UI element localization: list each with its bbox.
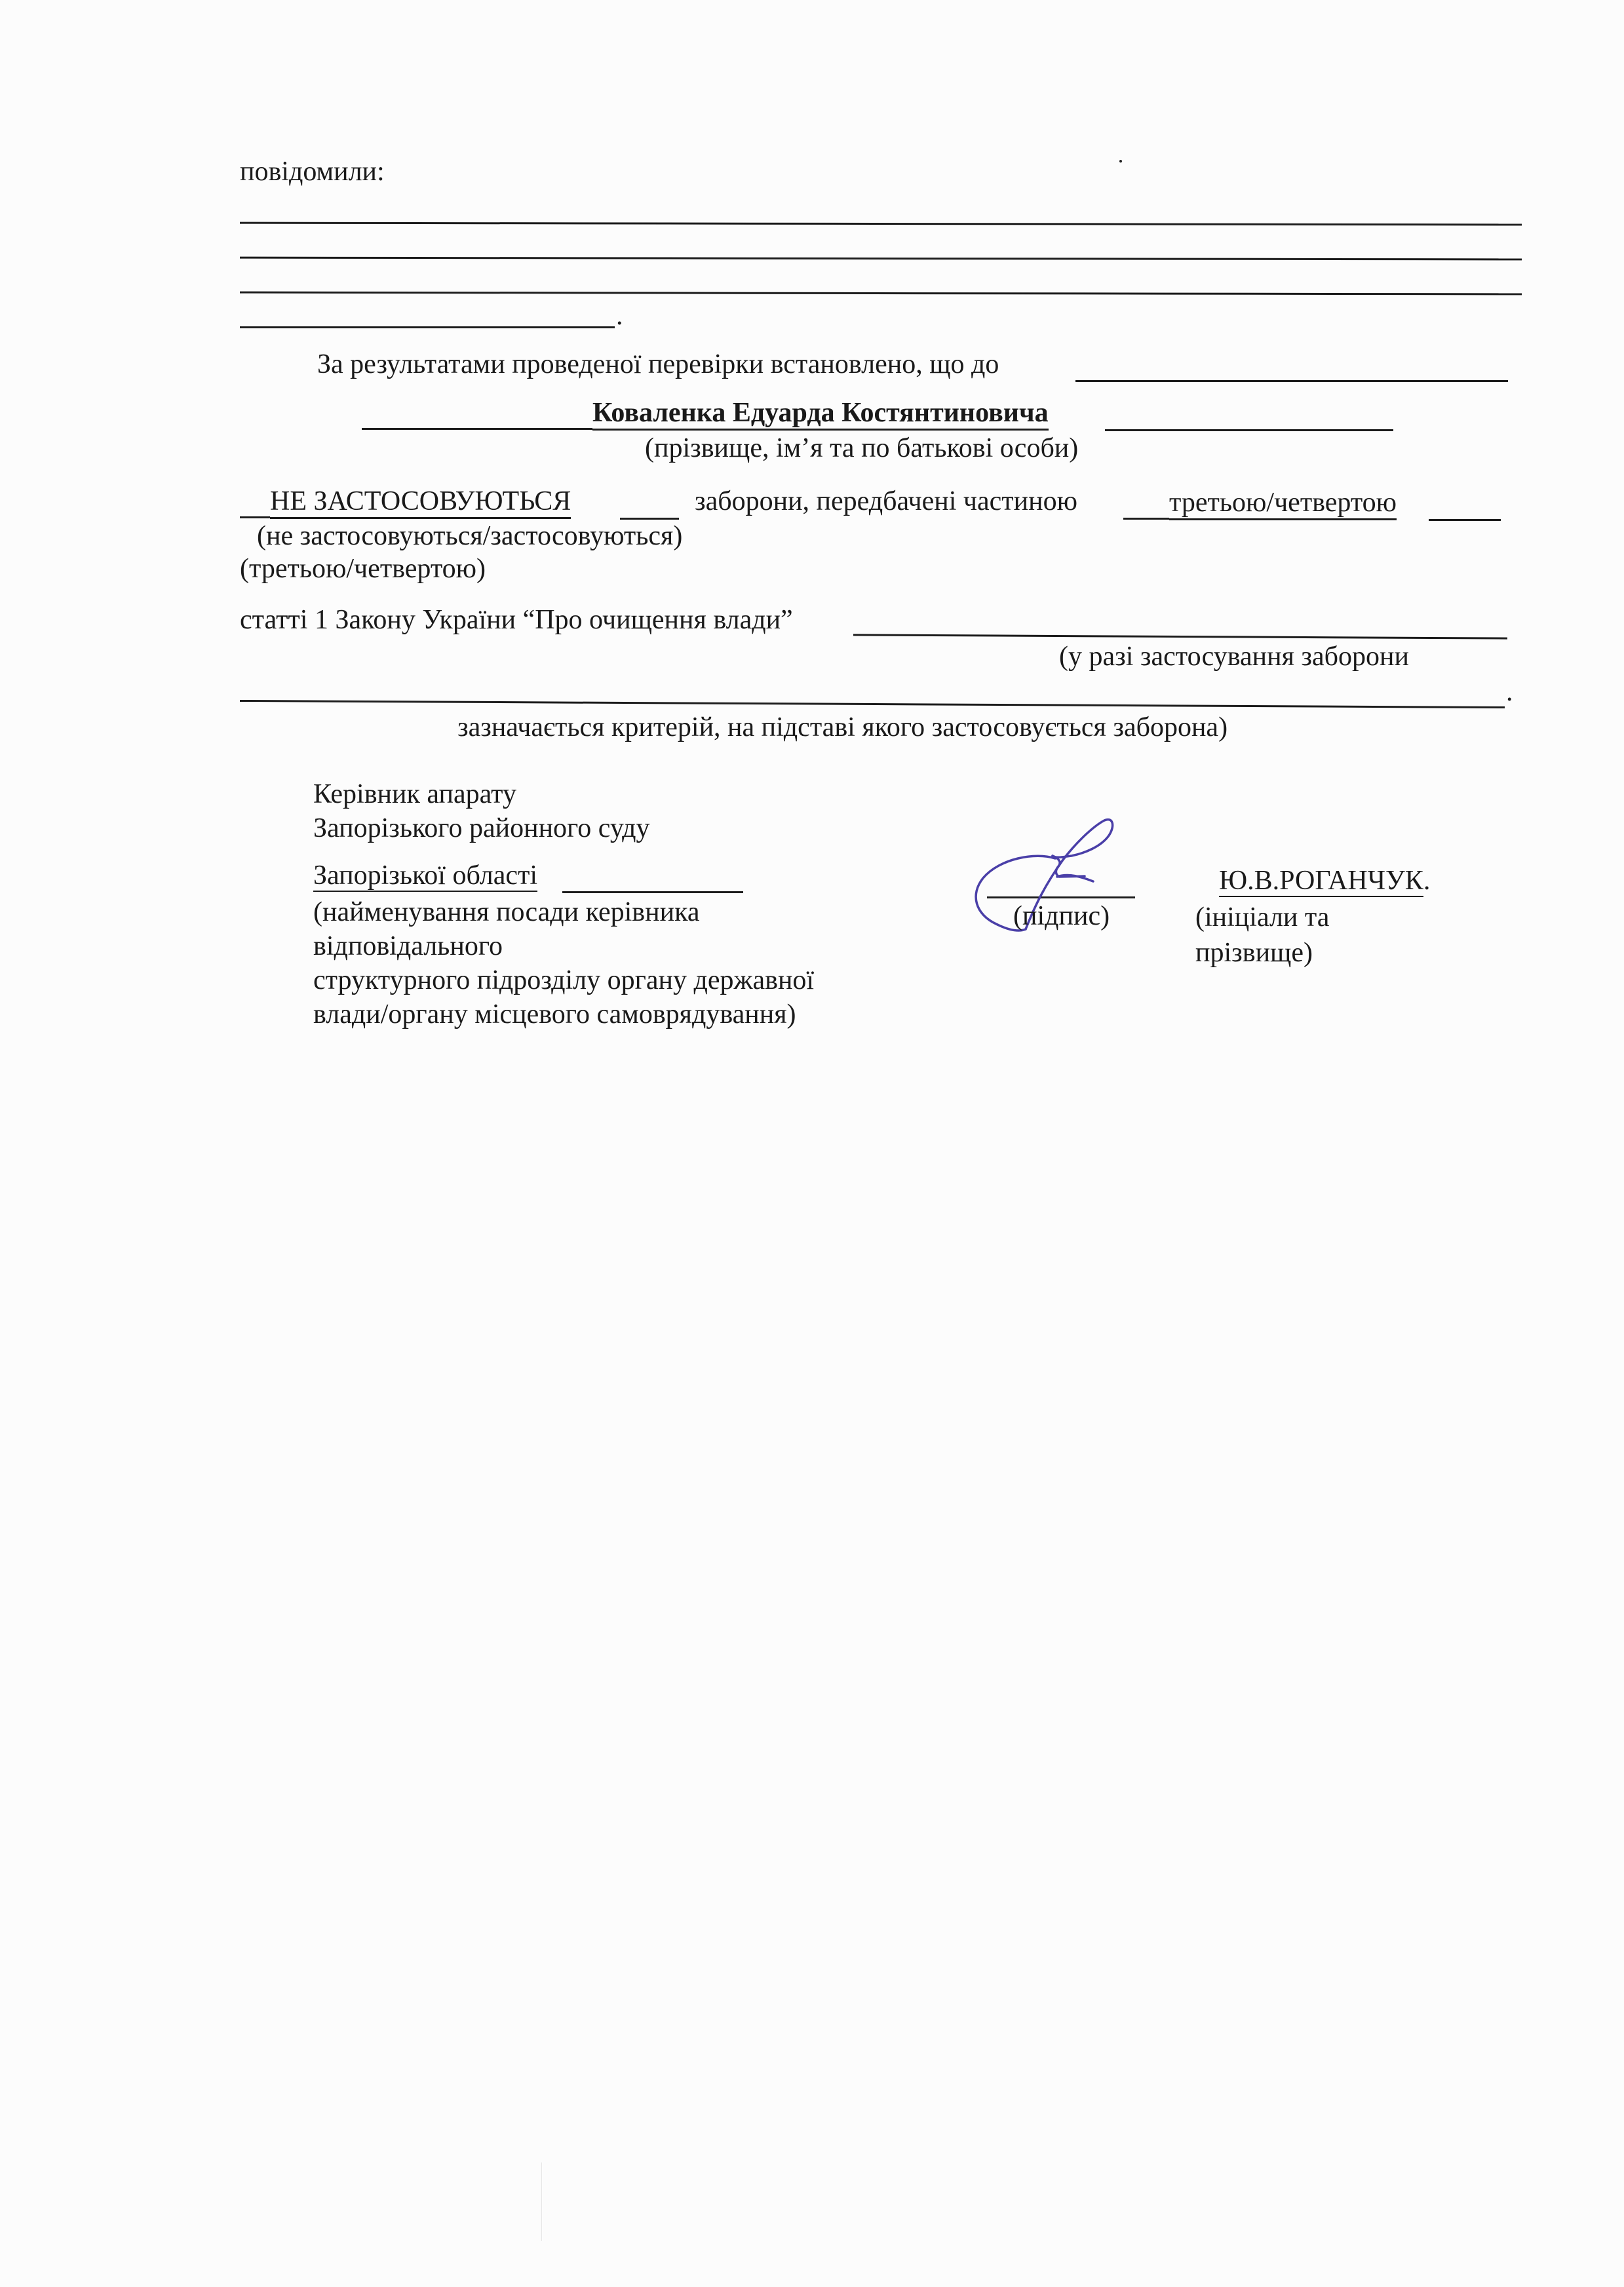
position-caption-1: (найменування посади керівника bbox=[313, 896, 700, 928]
decision-line-post bbox=[620, 518, 679, 520]
blank-line-1 bbox=[240, 222, 1522, 226]
blank-line-end: . bbox=[616, 300, 623, 332]
signatory-region: Запорізької області bbox=[313, 860, 537, 892]
part-line-post bbox=[1429, 519, 1501, 521]
criterion-line-end: . bbox=[1506, 676, 1513, 708]
part-line-pre bbox=[1123, 518, 1169, 520]
law-fill-line bbox=[853, 634, 1507, 639]
law-caption-line2: зазначається критерій, на підставі якого… bbox=[457, 712, 1228, 743]
result-fill-line bbox=[1075, 380, 1508, 382]
blank-line-2 bbox=[240, 257, 1522, 261]
name-caption-line1: (ініціали та bbox=[1195, 902, 1329, 933]
intro-label: повідомили: bbox=[240, 156, 385, 187]
blank-line-3 bbox=[240, 292, 1522, 296]
position-caption-4: влади/органу місцевого самоврядування) bbox=[313, 999, 796, 1030]
signatory-position-line1: Керівник апарату bbox=[313, 778, 516, 810]
signature-caption: (підпис) bbox=[1013, 900, 1110, 932]
signatory-position-line3: Запорізької області bbox=[313, 860, 537, 891]
scan-speck bbox=[1119, 160, 1122, 163]
decision-line-pre bbox=[240, 516, 270, 518]
scan-artifact bbox=[541, 2162, 542, 2241]
law-caption-line1: (у разі застосування заборони bbox=[1059, 641, 1409, 672]
decision-value-caption: (не застосовуються/застосовуються) bbox=[257, 520, 682, 552]
decision-part-caption: (третьою/четвертою) bbox=[240, 553, 486, 585]
name-caption-line2: прізвище) bbox=[1195, 937, 1313, 969]
result-sentence: За результатами проведеної перевірки вст… bbox=[317, 349, 999, 380]
name-line-left bbox=[362, 428, 592, 430]
signatory-position-line2: Запорізького районного суду bbox=[313, 813, 650, 844]
signatory-name-end: . bbox=[1423, 866, 1431, 896]
signatory-name: Ю.В.РОГАНЧУК bbox=[1219, 866, 1423, 897]
position-caption-3: структурного підрозділу органу державної bbox=[313, 965, 814, 996]
signatory-name-wrap: Ю.В.РОГАНЧУК. bbox=[1219, 865, 1430, 896]
criterion-fill-line bbox=[240, 700, 1505, 708]
person-caption: (прізвище, ім’я та по батькові особи) bbox=[645, 432, 1078, 464]
decision-value: НЕ ЗАСТОСОВУЮТЬСЯ bbox=[270, 486, 571, 519]
position-caption-2: відповідального bbox=[313, 931, 503, 962]
decision-connector: заборони, передбачені частиною bbox=[695, 486, 1077, 517]
blank-line-4-short bbox=[240, 326, 615, 328]
person-full-name: Коваленка Едуарда Костянтиновича bbox=[592, 397, 1049, 431]
name-line-right bbox=[1105, 429, 1393, 431]
law-reference: статті 1 Закону України “Про очищення вл… bbox=[240, 604, 793, 636]
position-fill-line bbox=[562, 891, 743, 893]
part-value: третьою/четвертою bbox=[1169, 487, 1397, 520]
